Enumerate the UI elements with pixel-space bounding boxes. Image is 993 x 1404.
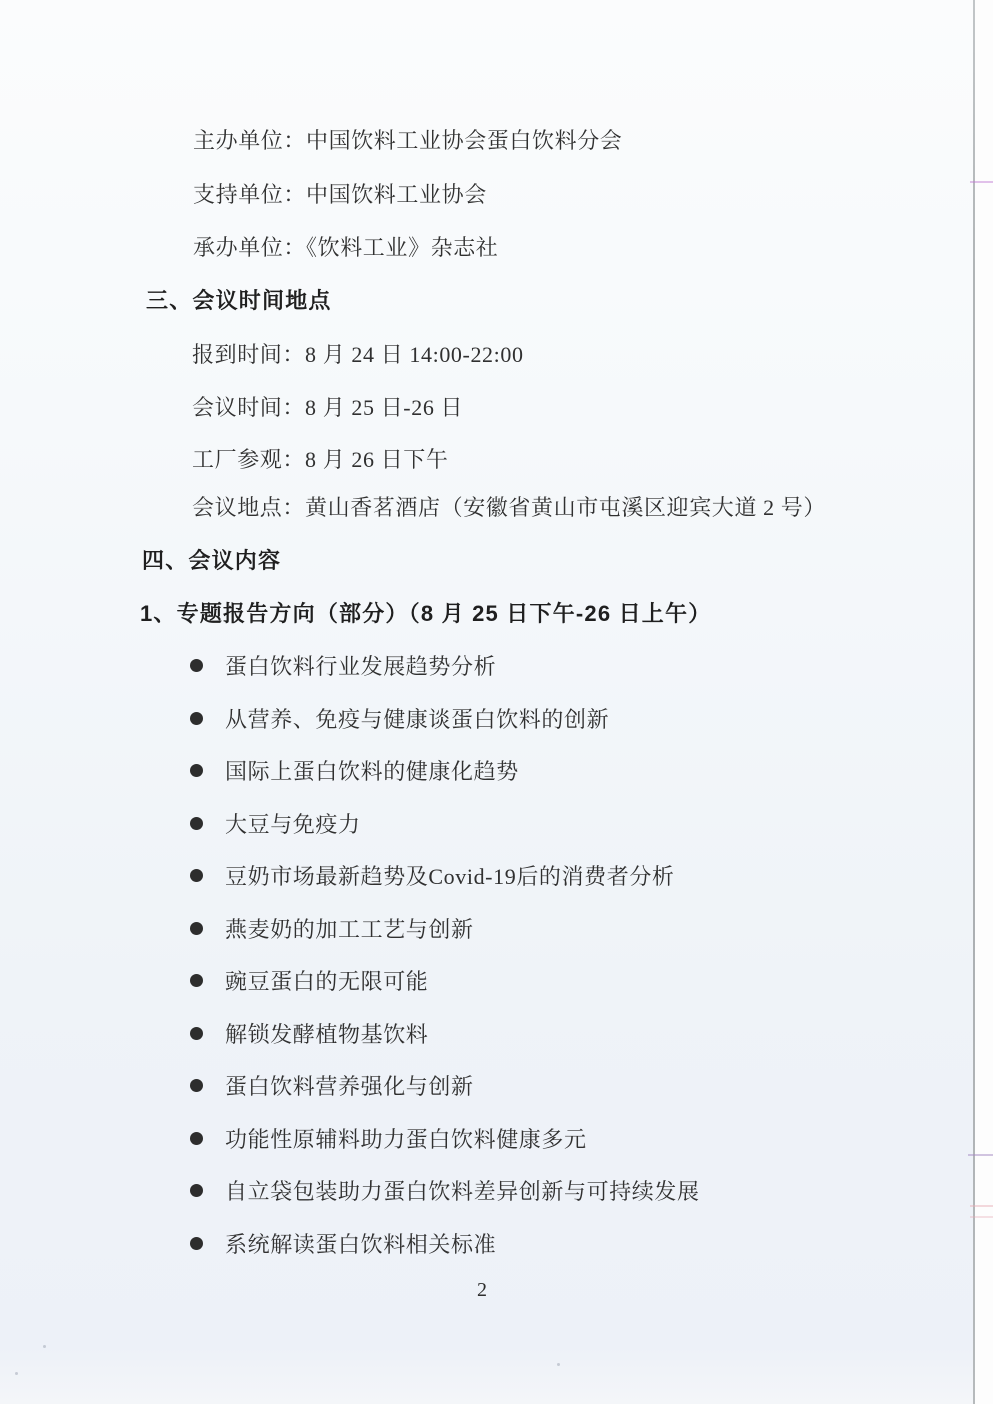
topic-item: 解锁发酵植物基饮料 [190, 1018, 428, 1048]
topic-item: 从营养、免疫与健康谈蛋白饮料的创新 [190, 703, 609, 733]
topic-text: 系统解读蛋白饮料相关标准 [225, 1228, 496, 1259]
undertaker-line: 承办单位：《饮料工业》杂志社 [193, 234, 498, 262]
scan-speckle [15, 1372, 18, 1375]
topic-text: 蛋白饮料行业发展趋势分析 [225, 650, 496, 681]
topic-text: 豆奶市场最新趋势及Covid-19后的消费者分析 [225, 860, 675, 891]
topic-item: 豆奶市场最新趋势及Covid-19后的消费者分析 [190, 860, 675, 890]
topic-item: 系统解读蛋白饮料相关标准 [190, 1228, 496, 1258]
bullet-icon [190, 659, 203, 672]
bullet-icon [190, 922, 203, 935]
topic-text: 大豆与免疫力 [225, 808, 361, 839]
page-number: 2 [477, 1279, 487, 1302]
topic-item: 蛋白饮料营养强化与创新 [190, 1070, 474, 1100]
topic-item: 大豆与免疫力 [190, 808, 361, 838]
scan-speckle [43, 1345, 46, 1348]
registration-time-line: 报到时间：8 月 24 日 14:00-22:00 [192, 341, 524, 369]
scan-artifact-mark [970, 1205, 993, 1207]
supporter-line: 支持单位：中国饮料工业协会 [193, 181, 487, 209]
topic-text: 燕麦奶的加工工艺与创新 [225, 913, 474, 944]
bullet-icon [190, 1132, 203, 1145]
bullet-icon [190, 764, 203, 777]
topic-text: 自立袋包装助力蛋白饮料差异创新与可持续发展 [225, 1175, 700, 1206]
bullet-icon [190, 1184, 203, 1197]
scan-speckle [557, 1363, 560, 1366]
bullet-icon [190, 712, 203, 725]
paper-area: 主办单位：中国饮料工业协会蛋白饮料分会 支持单位：中国饮料工业协会 承办单位：《… [0, 0, 974, 1404]
scan-artifact-mark [968, 1154, 993, 1156]
meeting-time-line: 会议时间：8 月 25 日-26 日 [192, 394, 463, 422]
section-heading-time-place: 三、会议时间地点 [146, 287, 332, 315]
factory-tour-line: 工厂参观：8 月 26 日下午 [192, 446, 449, 474]
scan-artifact-mark [970, 181, 993, 183]
topic-text: 豌豆蛋白的无限可能 [225, 965, 428, 996]
bullet-icon [190, 1237, 203, 1250]
bullet-icon [190, 869, 203, 882]
topic-item: 燕麦奶的加工工艺与创新 [190, 913, 474, 943]
topic-text: 从营养、免疫与健康谈蛋白饮料的创新 [225, 703, 609, 734]
topic-text: 解锁发酵植物基饮料 [225, 1018, 428, 1049]
subheading-topics: 1、专题报告方向（部分）（8 月 25 日下午-26 日上午） [140, 600, 711, 628]
bullet-icon [190, 1027, 203, 1040]
scan-artifact-mark [970, 1216, 993, 1218]
topic-text: 功能性原辅料助力蛋白饮料健康多元 [225, 1123, 587, 1154]
topic-item: 国际上蛋白饮料的健康化趋势 [190, 755, 519, 785]
scan-edge-line [973, 0, 975, 1404]
meeting-place-line: 会议地点：黄山香茗酒店（安徽省黄山市屯溪区迎宾大道 2 号） [192, 494, 826, 522]
organizer-line: 主办单位：中国饮料工业协会蛋白饮料分会 [193, 127, 622, 155]
topic-item: 蛋白饮料行业发展趋势分析 [190, 650, 496, 680]
topic-text: 蛋白饮料营养强化与创新 [225, 1070, 474, 1101]
topic-item: 豌豆蛋白的无限可能 [190, 965, 428, 995]
bullet-icon [190, 817, 203, 830]
topic-item: 功能性原辅料助力蛋白饮料健康多元 [190, 1123, 587, 1153]
topic-item: 自立袋包装助力蛋白饮料差异创新与可持续发展 [190, 1175, 700, 1205]
topic-text: 国际上蛋白饮料的健康化趋势 [225, 755, 519, 786]
bullet-icon [190, 1079, 203, 1092]
scan-margin-strip [975, 0, 993, 1404]
scanned-page: 主办单位：中国饮料工业协会蛋白饮料分会 支持单位：中国饮料工业协会 承办单位：《… [0, 0, 993, 1404]
bullet-icon [190, 974, 203, 987]
section-heading-content: 四、会议内容 [142, 547, 281, 575]
